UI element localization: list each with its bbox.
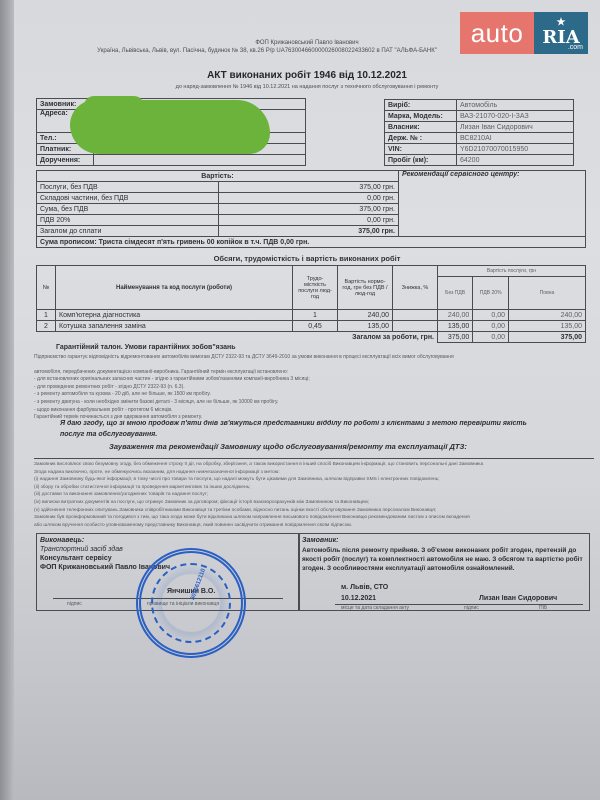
- redacted-customer-info-top: [84, 96, 144, 116]
- client-initials-label: ПІБ: [539, 605, 547, 611]
- page-edge: [0, 0, 14, 800]
- works-row: 2 Котушка запалення заміна 0,45 135,00 1…: [37, 321, 586, 332]
- works-total-row: Загалом за роботи, грн. 375,00 0,00 375,…: [37, 332, 586, 343]
- client-sign-label: підпис: [464, 605, 479, 611]
- divider: [34, 458, 594, 459]
- vehicle-row: VIN:Y6D21070070015950: [385, 144, 574, 155]
- sum-in-words: Сума прописом: Триста сімдесят п'ять гри…: [37, 237, 586, 248]
- consent-text-1: Я даю згоду, що зі мною продовж п'яти дн…: [60, 420, 580, 427]
- vehicle-row: Виріб:Автомобіль: [385, 100, 574, 111]
- recommendations-cell: Рекомендації сервісного центру:: [399, 171, 586, 237]
- document-subtitle: до наряд-замовлення № 1946 від 10.12.202…: [14, 84, 600, 90]
- client-place-label: місце та дата складання акту: [341, 605, 409, 611]
- cost-title: Вартість:: [37, 171, 399, 182]
- document-page: auto ★ RIA .com ФОП Крижановський Павло …: [14, 0, 600, 800]
- client-name: Лизан Іван Сидорович: [479, 595, 557, 602]
- vehicle-table: Виріб:Автомобіль Марка, Модель:ВАЗ-21070…: [384, 99, 574, 166]
- vehicle-row: Власник:Лизан Іван Сидорович: [385, 122, 574, 133]
- warranty-title: Гарантійний талон. Умови гарантійних зоб…: [56, 344, 236, 351]
- privacy-text: Замовник висловлює свою безумовну згоду,…: [34, 461, 584, 529]
- client-place: м. Львів, СТО: [341, 584, 388, 591]
- vehicle-row: Пробіг (км):64200: [385, 155, 574, 166]
- document-title: АКТ виконаних робіт 1946 від 10.12.2021: [14, 70, 600, 81]
- client-date: 10.12.2021: [341, 595, 376, 602]
- vehicle-row: Марка, Модель:ВАЗ-21070-020-І-ЗАЗ: [385, 111, 574, 122]
- company-address: Україна, Львівська, Львів, вул. Пасічна,…: [14, 48, 600, 54]
- vehicle-row: Держ. № :ВС8210АІ: [385, 133, 574, 144]
- works-title: Обсяги, трудомісткість і вартість викона…: [14, 254, 600, 263]
- company-stamp: 3016612110: [136, 548, 246, 658]
- cost-table: Вартість: Рекомендації сервісного центру…: [36, 170, 586, 248]
- works-table: № Найменування та код послуги (роботи) Т…: [36, 265, 586, 343]
- client-box: Замовник: Автомобіль після ремонту прийн…: [298, 533, 590, 611]
- company-name: ФОП Крижановський Павло Іванович: [14, 40, 600, 46]
- executor-sign-label: підпис: [67, 601, 82, 607]
- works-row: 1 Комп'ютерна діагностика 1 240,00 240,0…: [37, 310, 586, 321]
- remarks-title: Зауваження та рекомендації Замовнику щод…: [109, 442, 467, 451]
- star-icon: ★: [557, 19, 566, 27]
- consent-text-2: послуг та обслуговування.: [60, 431, 157, 438]
- warranty-text: Підприємство гарантує відповідність відр…: [34, 354, 584, 422]
